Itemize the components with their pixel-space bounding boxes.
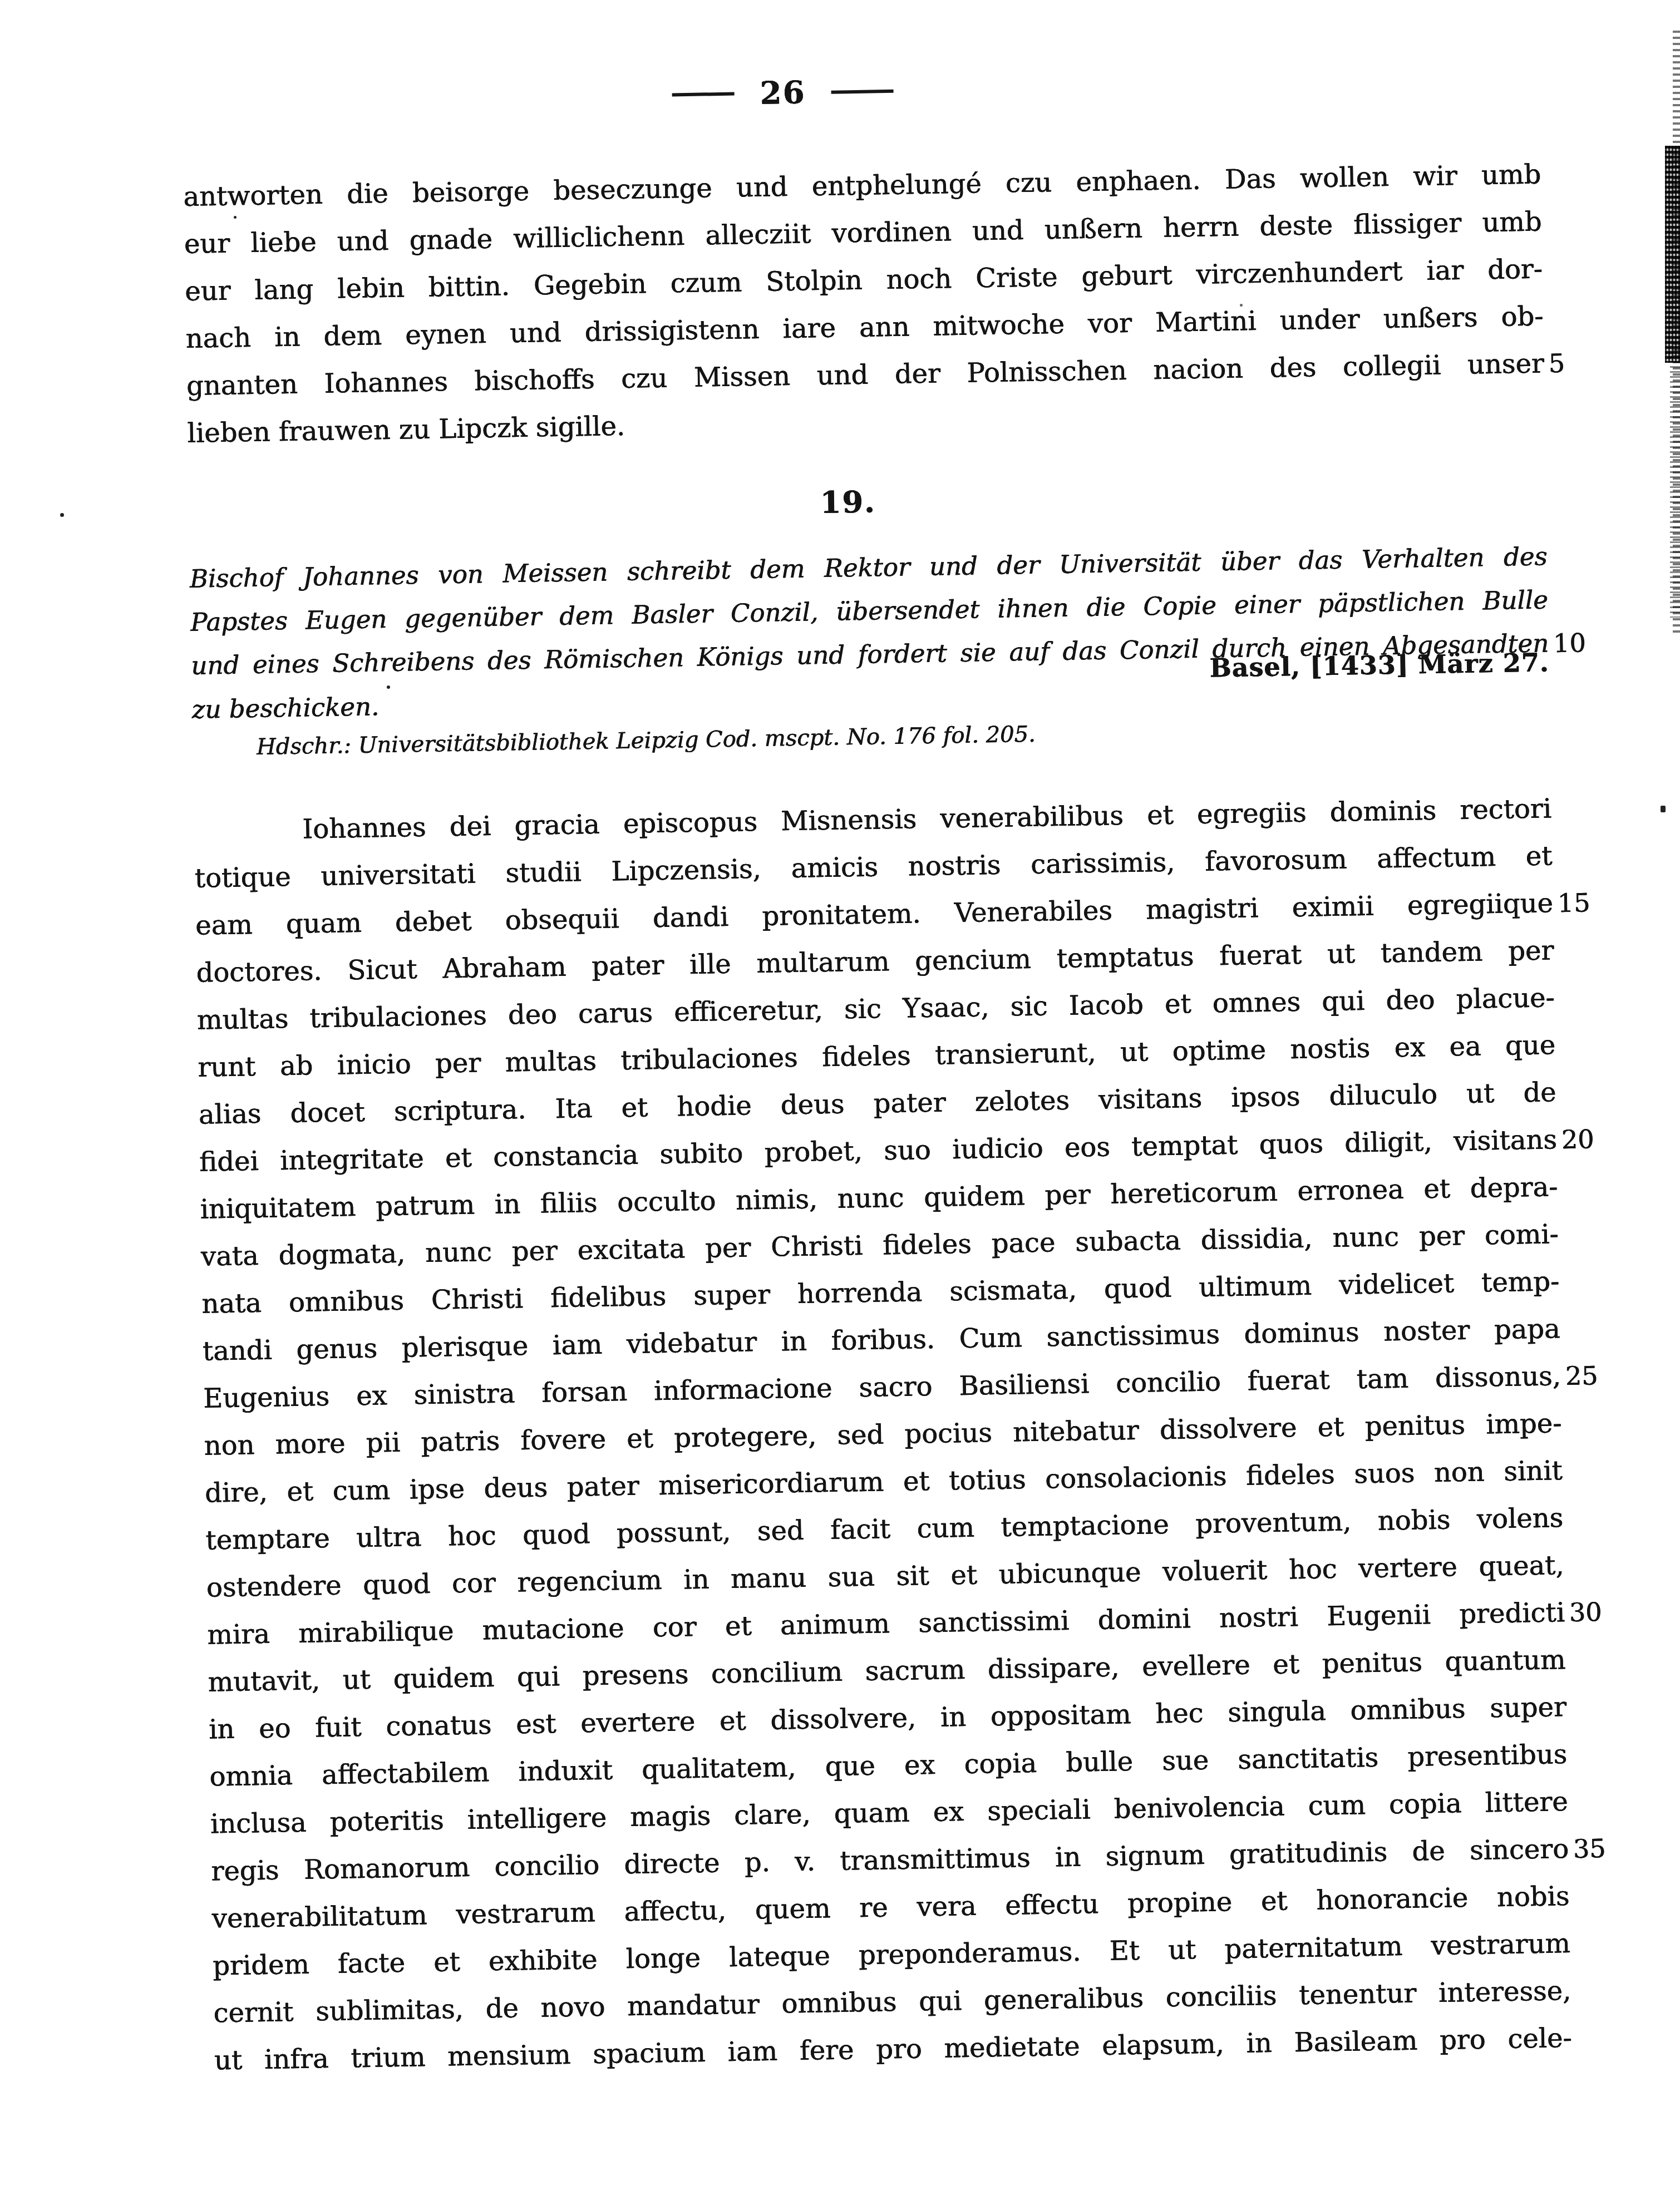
scanned-book-page: 26 antworten die beisorge beseczunge und… xyxy=(0,0,1680,2205)
entry-summary: Bischof Johannes von Meissen schreibt de… xyxy=(189,535,1550,731)
margin-line-number: 15 xyxy=(1557,879,1615,928)
letter-body: Iohannes dei gracia episcopus Misnensis … xyxy=(194,785,1573,2084)
entry-number-heading: 19. xyxy=(169,473,1527,531)
closing-paragraph: antworten die beisorge beseczunge und en… xyxy=(183,151,1545,457)
margin-line-number: 35 xyxy=(1573,1824,1631,1873)
margin-line-number: 30 xyxy=(1569,1588,1627,1636)
dateline: Basel, [1433] März 27. xyxy=(1209,640,1549,689)
scan-speck xyxy=(234,216,237,219)
scan-edge-artifact xyxy=(1670,356,1680,618)
scan-speck xyxy=(1240,304,1243,307)
margin-line-number: 5 xyxy=(1548,339,1607,388)
scan-speck xyxy=(387,685,390,689)
margin-line-number: 25 xyxy=(1565,1351,1623,1400)
header-rule-right-icon xyxy=(831,90,894,94)
margin-line-number: 10 xyxy=(1553,621,1612,665)
scan-speck xyxy=(1661,806,1666,812)
margin-line-number: 20 xyxy=(1561,1115,1619,1163)
scan-speck xyxy=(60,513,64,517)
scan-edge-artifact xyxy=(1665,146,1680,363)
header-rule-left-icon xyxy=(672,92,735,97)
page-number: 26 xyxy=(760,74,806,111)
page-header: 26 xyxy=(599,71,967,116)
page-content: 26 antworten die beisorge beseczunge und… xyxy=(0,0,1680,2205)
